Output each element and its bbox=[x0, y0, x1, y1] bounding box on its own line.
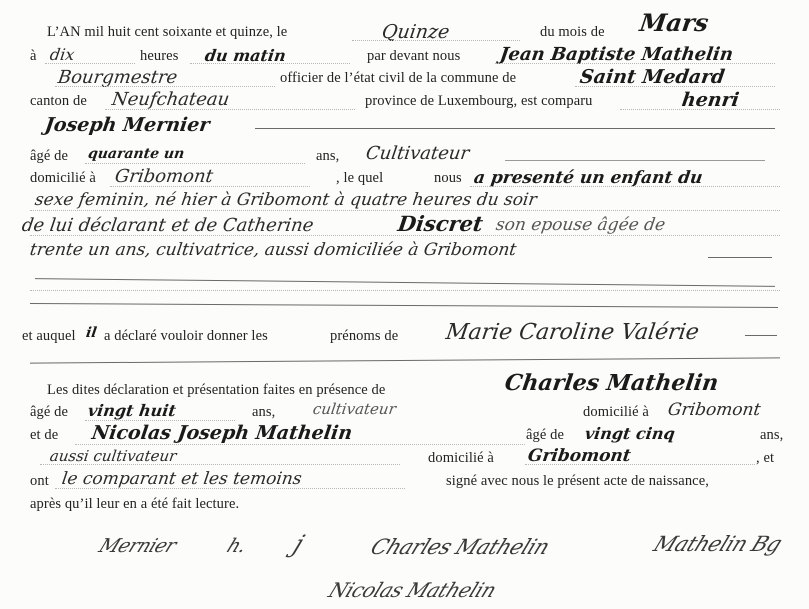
printed-nous: nous bbox=[434, 170, 462, 187]
fill-rule bbox=[505, 160, 765, 161]
separator-rule bbox=[35, 278, 775, 287]
printed-par-devant: par devant nous bbox=[367, 48, 460, 65]
handwritten-witness2-name: Nicolas Joseph Mathelin bbox=[90, 422, 353, 444]
handwritten-declarant-first: henri bbox=[680, 89, 740, 111]
separator-rule bbox=[30, 303, 778, 308]
signature-nicolas-mathelin: Nicolas Mathelin bbox=[325, 578, 500, 602]
handwritten-child-line2b: son epouse âgée de bbox=[495, 215, 667, 235]
handwritten-witness1-occupation: cultivateur bbox=[312, 400, 397, 418]
printed-w1-age: âgé de bbox=[30, 404, 68, 421]
fill-line bbox=[85, 420, 235, 421]
handwritten-declarant-residence: Gribomont bbox=[114, 166, 215, 187]
printed-province: province de Luxembourg, est comparu bbox=[365, 93, 593, 110]
signature-mathelin-bourgmestre: Mathelin Bg bbox=[650, 532, 785, 556]
printed-w1-ans: ans, bbox=[252, 404, 275, 421]
handwritten-witness2-residence: Gribomont bbox=[527, 446, 633, 466]
printed-signe: signé avec nous le présent acte de naiss… bbox=[446, 473, 709, 490]
printed-w2-domicilie: domicilié à bbox=[428, 450, 494, 467]
handwritten-child-line2a: de lui déclarant et de Catherine bbox=[21, 215, 315, 236]
signature-mernier: Mernier bbox=[96, 535, 180, 557]
fill-line bbox=[352, 40, 520, 41]
printed-w2-age: âgé de bbox=[526, 427, 564, 444]
printed-lequel: , le quel bbox=[336, 170, 383, 187]
handwritten-child-line1: sexe feminin, né hier à Gribomont à quat… bbox=[34, 190, 538, 210]
handwritten-witness1-age: vingt huit bbox=[87, 401, 178, 420]
fill-line bbox=[470, 186, 780, 187]
handwritten-officer-title: Bourgmestre bbox=[57, 67, 179, 88]
handwritten-mother-surname: Discret bbox=[396, 211, 484, 236]
printed-declare: a déclaré vouloir donner les bbox=[104, 328, 268, 345]
fill-line bbox=[55, 86, 275, 87]
fill-line bbox=[525, 464, 755, 465]
separator-rule bbox=[30, 357, 780, 363]
printed-age: âgé de bbox=[30, 148, 68, 165]
printed-w2-et-de: et de bbox=[30, 427, 58, 444]
fill-rule bbox=[255, 128, 775, 129]
printed-a: à bbox=[30, 48, 37, 65]
handwritten-child-line3: trente un ans, cultivatrice, aussi domic… bbox=[29, 240, 518, 260]
fill-line bbox=[575, 86, 775, 87]
fill-line bbox=[110, 186, 310, 187]
fill-line bbox=[105, 109, 355, 110]
fill-line bbox=[495, 63, 775, 64]
handwritten-officer-name: Jean Baptiste Mathelin bbox=[499, 44, 735, 65]
fill-line bbox=[45, 63, 135, 64]
signature-mark-h: h. bbox=[224, 535, 250, 557]
handwritten-month: Mars bbox=[638, 8, 710, 37]
fill-line bbox=[190, 63, 350, 64]
printed-et-auquel: et auquel bbox=[22, 328, 76, 345]
fill-rule bbox=[745, 335, 777, 336]
printed-w1-domicilie: domicilié à bbox=[583, 404, 649, 421]
fill-line bbox=[55, 488, 405, 489]
printed-witness-intro: Les dites déclaration et présentation fa… bbox=[47, 382, 385, 399]
printed-ans: ans, bbox=[316, 148, 339, 165]
printed-w2-et: , et bbox=[756, 450, 774, 467]
handwritten-child-names: Marie Caroline Valérie bbox=[444, 320, 700, 345]
handwritten-presented: a presenté un enfant du bbox=[473, 168, 704, 188]
birth-certificate-page: L’AN mil huit cent soixante et quinze, l… bbox=[0, 0, 809, 609]
handwritten-hour: dix bbox=[49, 45, 76, 64]
printed-lecture: après qu’il leur en a été fait lecture. bbox=[30, 496, 239, 513]
printed-w2-ans: ans, bbox=[760, 427, 783, 444]
fill-line bbox=[40, 464, 400, 465]
printed-month-label: du mois de bbox=[540, 24, 605, 41]
printed-officier: officier de l’état civil de la commune d… bbox=[280, 70, 516, 87]
fill-line bbox=[30, 290, 780, 291]
printed-ont: ont bbox=[30, 473, 49, 490]
handwritten-declarant-occupation: Cultivateur bbox=[365, 143, 471, 164]
handwritten-witness1-residence: Gribomont bbox=[667, 400, 762, 420]
printed-heures: heures bbox=[140, 48, 178, 65]
handwritten-declarant-name: Joseph Mernier bbox=[43, 114, 211, 136]
handwritten-signers: le comparant et les temoins bbox=[61, 469, 303, 489]
signature-mark-j: j bbox=[289, 530, 307, 558]
fill-line bbox=[85, 163, 305, 164]
printed-domicilie: domicilié à bbox=[30, 170, 96, 187]
handwritten-pronoun: il bbox=[85, 325, 98, 341]
printed-year-intro: L’AN mil huit cent soixante et quinze, l… bbox=[47, 24, 287, 41]
fill-line bbox=[620, 109, 780, 110]
fill-line bbox=[30, 235, 780, 236]
handwritten-declarant-age: quarante un bbox=[87, 146, 186, 162]
signature-charles-mathelin: Charles Mathelin bbox=[367, 535, 553, 559]
handwritten-commune: Saint Medard bbox=[578, 66, 726, 88]
handwritten-canton: Neufchateau bbox=[111, 89, 231, 110]
fill-line bbox=[75, 444, 525, 445]
fill-rule bbox=[708, 257, 772, 258]
handwritten-witness2-occupation: aussi cultivateur bbox=[49, 447, 178, 465]
printed-canton: canton de bbox=[30, 93, 87, 110]
printed-prenoms: prénoms de bbox=[330, 328, 398, 345]
handwritten-witness1-name: Charles Mathelin bbox=[503, 370, 720, 396]
handwritten-witness2-age: vingt cinq bbox=[584, 424, 676, 443]
